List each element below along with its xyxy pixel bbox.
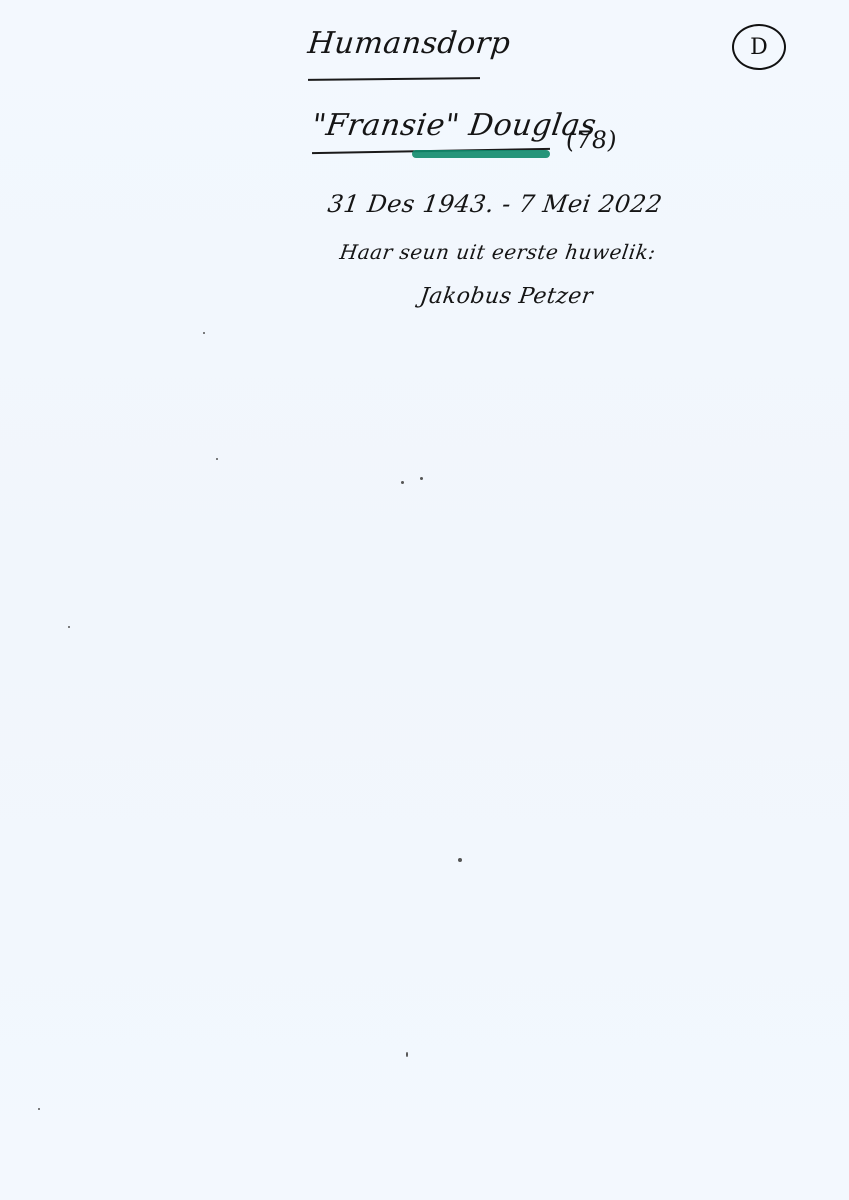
paper-speck (458, 858, 462, 862)
paper-speck (38, 1108, 40, 1110)
page-label-letter: D (750, 35, 768, 60)
scanned-page: D Humansdorp "Fransie" Douglas (78) 31 D… (0, 0, 849, 1200)
place-underline (308, 77, 480, 81)
green-highlighter-mark (412, 150, 550, 158)
life-dates: 31 Des 1943. - 7 Mei 2022 (326, 190, 664, 218)
person-age: (78) (564, 126, 619, 154)
paper-speck (68, 626, 70, 628)
paper-speck (420, 477, 423, 480)
paper-speck (216, 458, 218, 460)
son-name: Jakobus Petzer (418, 284, 594, 309)
paper-speck (401, 481, 404, 484)
person-name: "Fransie" Douglas (310, 108, 599, 143)
paper-speck (203, 332, 205, 334)
circled-page-label: D (732, 24, 786, 70)
relationship-note: Haar seun uit eerste huwelik: (338, 240, 657, 264)
paper-speck (406, 1052, 408, 1057)
place-heading: Humansdorp (306, 26, 512, 61)
